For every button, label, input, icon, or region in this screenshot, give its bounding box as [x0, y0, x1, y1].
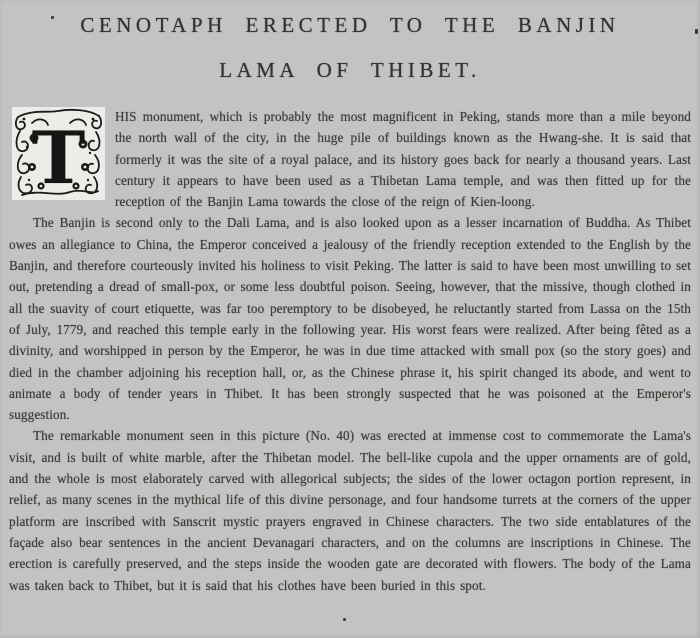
scan-speck: [695, 29, 698, 34]
page-title-line-1: CENOTAPH ERECTED TO THE BANJIN: [0, 0, 700, 38]
scan-speck: [51, 16, 54, 19]
article-body: T HIS monument, which is probably the mo…: [9, 106, 691, 596]
paragraph-3: The remarkable monument seen in this pic…: [9, 425, 691, 595]
paragraph-1-lead-word: HIS: [115, 109, 137, 124]
scan-speck: [343, 618, 346, 621]
paragraph-1-text: monument, which is probably the most mag…: [115, 109, 691, 209]
page-title: CENOTAPH ERECTED TO THE BANJIN LAMA OF T…: [0, 0, 700, 83]
paragraph-2: The Banjin is second only to the Dali La…: [9, 212, 691, 425]
drop-cap-letter: T: [32, 115, 86, 200]
page-title-line-2: LAMA OF THIBET.: [0, 58, 700, 83]
ornate-initial-t-icon: T: [12, 107, 105, 200]
drop-cap-container: T: [12, 107, 107, 211]
scanned-book-page: CENOTAPH ERECTED TO THE BANJIN LAMA OF T…: [0, 0, 700, 638]
paragraph-1: T HIS monument, which is probably the mo…: [9, 106, 691, 212]
